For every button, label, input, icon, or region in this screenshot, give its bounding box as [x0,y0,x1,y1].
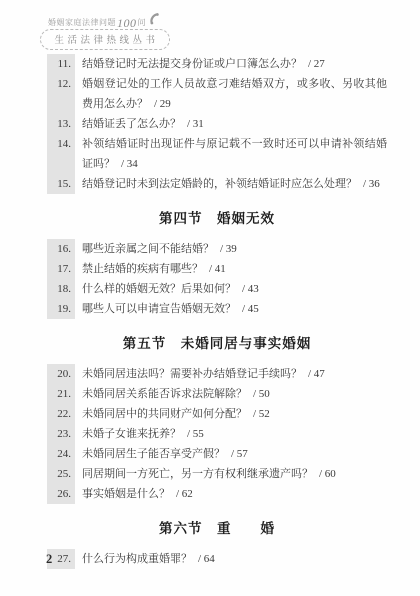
phone-handset-icon [148,12,161,27]
toc-item-title: 哪些近亲属之间不能结婚？/ 39 [82,239,387,259]
toc-item: 14.补领结婚证时出现证件与原记载不一致时还可以申请补领结婚证吗？/ 34 [47,134,387,174]
toc-item: 26.事实婚姻是什么？/ 62 [47,484,387,504]
toc-item-page-ref: / 47 [308,368,325,380]
toc-item: 23.未婚子女谁来抚养？/ 55 [47,424,387,444]
toc-item-page-ref: / 41 [209,263,226,275]
toc-item-question: 未婚同居生子能否享受产假？ [82,448,225,460]
toc-page: 婚姻家庭法律问题100问 生活法律热线丛书 11.结婚登记时无法提交身份证或户口… [0,0,420,596]
toc-item-number: 24. [47,444,75,464]
toc-item-question: 未婚子女谁来抚养？ [82,428,181,440]
toc-item-title: 结婚登记时未到法定婚龄的，补领结婚证时应怎么处理？/ 36 [82,174,387,194]
toc-item: 11.结婚登记时无法提交身份证或户口簿怎么办？/ 27 [47,54,387,74]
toc-item-number: 16. [47,239,75,259]
toc-item: 25.同居期间一方死亡，另一方有权利继承遗产吗？/ 60 [47,464,387,484]
toc-item-title: 未婚同居生子能否享受产假？/ 57 [82,444,387,464]
toc-item-page-ref: / 36 [363,178,380,190]
toc-item-title: 未婚子女谁来抚养？/ 55 [82,424,387,444]
toc-item-question: 什么样的婚姻无效？后果如何？ [82,283,236,295]
toc-item: 24.未婚同居生子能否享受产假？/ 57 [47,444,387,464]
toc-item-title: 补领结婚证时出现证件与原记载不一致时还可以申请补领结婚证吗？/ 34 [82,134,387,174]
toc-item: 22.未婚同居中的共同财产如何分配？/ 52 [47,404,387,424]
toc-item-page-ref: / 57 [231,448,248,460]
toc-item-number: 25. [47,464,75,484]
toc-item: 12.婚姻登记处的工作人员故意刁难结婚双方，或多收、另收其他费用怎么办？/ 29 [47,74,387,114]
toc-item-number: 26. [47,484,75,504]
toc-item-page-ref: / 45 [242,303,259,315]
toc-item-title: 什么样的婚姻无效？后果如何？/ 43 [82,279,387,299]
toc-item-title: 未婚同居中的共同财产如何分配？/ 52 [82,404,387,424]
toc-item: 15.结婚登记时未到法定婚龄的，补领结婚证时应怎么处理？/ 36 [47,174,387,194]
toc-item: 13.结婚证丢了怎么办？/ 31 [47,114,387,134]
series-subtitle: 生活法律热线丛书 [40,29,170,50]
toc-item-question: 婚姻登记处的工作人员故意刁难结婚双方，或多收、另收其他费用怎么办？ [82,78,387,110]
toc-item-question: 结婚登记时未到法定婚龄的，补领结婚证时应怎么处理？ [82,178,357,190]
toc-item-number: 15. [47,174,75,194]
toc-item-question: 事实婚姻是什么？ [82,488,170,500]
toc-item-title: 结婚证丢了怎么办？/ 31 [82,114,387,134]
toc-item-number: 14. [47,134,75,174]
toc-item-title: 什么行为构成重婚罪？/ 64 [82,549,387,569]
toc-item-question: 未婚同居中的共同财产如何分配？ [82,408,247,420]
toc-item-page-ref: / 52 [253,408,270,420]
toc-item-title: 结婚登记时无法提交身份证或户口簿怎么办？/ 27 [82,54,387,74]
series-title-number: 100 [117,19,137,28]
toc-item-page-ref: / 50 [253,388,270,400]
toc-item-number: 18. [47,279,75,299]
toc-item-number: 11. [47,54,75,74]
book-header: 婚姻家庭法律问题100问 生活法律热线丛书 [40,13,170,50]
toc-item: 16.哪些近亲属之间不能结婚？/ 39 [47,239,387,259]
toc-item-question: 未婚同居违法吗？需要补办结婚登记手续吗？ [82,368,302,380]
toc-item-page-ref: / 64 [198,553,215,565]
toc-item-question: 哪些近亲属之间不能结婚？ [82,243,214,255]
toc-item-title: 婚姻登记处的工作人员故意刁难结婚双方，或多收、另收其他费用怎么办？/ 29 [82,74,387,114]
toc-item-group: 27.什么行为构成重婚罪？/ 64 [47,549,387,569]
toc-item: 18.什么样的婚姻无效？后果如何？/ 43 [47,279,387,299]
toc-item-question: 禁止结婚的疾病有哪些？ [82,263,203,275]
page-footer: 2 [46,550,52,568]
toc-item-question: 什么行为构成重婚罪？ [82,553,192,565]
toc-item-number: 21. [47,384,75,404]
toc-item-title: 未婚同居违法吗？需要补办结婚登记手续吗？/ 47 [82,364,387,384]
toc-item-title: 同居期间一方死亡，另一方有权利继承遗产吗？/ 60 [82,464,387,484]
toc-item-title: 禁止结婚的疾病有哪些？/ 41 [82,259,387,279]
section-heading: 第五节 未婚同居与事实婚姻 [47,332,387,352]
toc-item-page-ref: / 39 [220,243,237,255]
toc-item: 17.禁止结婚的疾病有哪些？/ 41 [47,259,387,279]
toc-item-group: 20.未婚同居违法吗？需要补办结婚登记手续吗？/ 4721.未婚同居关系能否诉求… [47,364,387,504]
series-title: 婚姻家庭法律问题100问 [48,13,170,28]
toc-item-page-ref: / 34 [121,158,138,170]
toc-item-page-ref: / 29 [154,98,171,110]
toc-item-question: 未婚同居关系能否诉求法院解除？ [82,388,247,400]
toc-item-question: 同居期间一方死亡，另一方有权利继承遗产吗？ [82,468,313,480]
table-of-contents: 11.结婚登记时无法提交身份证或户口簿怎么办？/ 2712.婚姻登记处的工作人员… [47,54,387,569]
toc-item-number: 13. [47,114,75,134]
toc-item-number: 17. [47,259,75,279]
toc-item-number: 22. [47,404,75,424]
toc-item-page-ref: / 60 [319,468,336,480]
toc-item-number: 12. [47,74,75,114]
toc-item-number: 23. [47,424,75,444]
toc-item-title: 事实婚姻是什么？/ 62 [82,484,387,504]
series-title-prefix: 婚姻家庭法律问题 [48,17,116,28]
section-heading: 第四节 婚姻无效 [47,207,387,227]
toc-item: 20.未婚同居违法吗？需要补办结婚登记手续吗？/ 47 [47,364,387,384]
toc-item-number: 19. [47,299,75,319]
toc-item-question: 哪些人可以申请宣告婚姻无效？ [82,303,236,315]
toc-item-page-ref: / 62 [176,488,193,500]
toc-item-title: 哪些人可以申请宣告婚姻无效？/ 45 [82,299,387,319]
toc-item-page-ref: / 55 [187,428,204,440]
toc-item: 21.未婚同居关系能否诉求法院解除？/ 50 [47,384,387,404]
toc-item-title: 未婚同居关系能否诉求法院解除？/ 50 [82,384,387,404]
toc-item-page-ref: / 31 [187,118,204,130]
toc-item: 27.什么行为构成重婚罪？/ 64 [47,549,387,569]
series-title-suffix: 问 [138,17,147,28]
toc-item: 19.哪些人可以申请宣告婚姻无效？/ 45 [47,299,387,319]
section-heading: 第六节 重 婚 [47,517,387,537]
page-number: 2 [46,552,52,566]
toc-item-question: 结婚登记时无法提交身份证或户口簿怎么办？ [82,58,302,70]
toc-item-page-ref: / 27 [308,58,325,70]
toc-item-page-ref: / 43 [242,283,259,295]
toc-item-group: 11.结婚登记时无法提交身份证或户口簿怎么办？/ 2712.婚姻登记处的工作人员… [47,54,387,194]
toc-item-group: 16.哪些近亲属之间不能结婚？/ 3917.禁止结婚的疾病有哪些？/ 4118.… [47,239,387,319]
toc-item-question: 结婚证丢了怎么办？ [82,118,181,130]
toc-item-number: 20. [47,364,75,384]
